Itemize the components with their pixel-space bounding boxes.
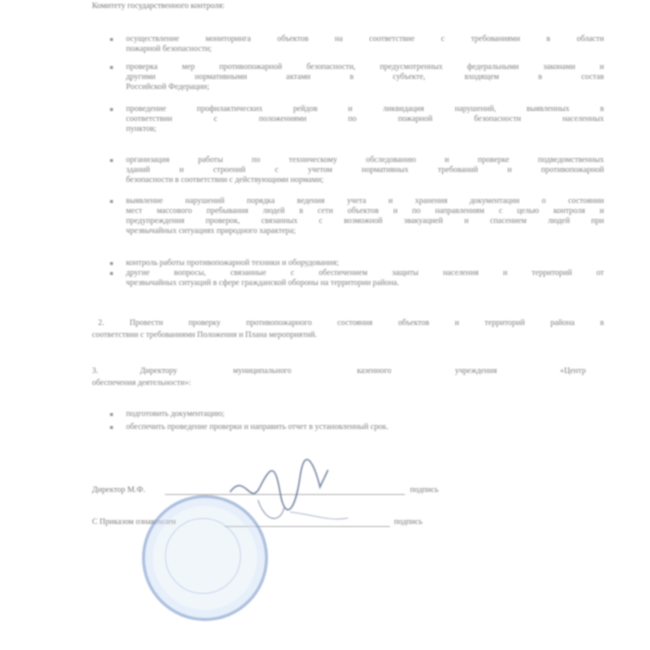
- list-item-line: чрезвычайных ситуаций в сфере гражданско…: [126, 278, 604, 288]
- intro-heading: Комитету государственного контроля:: [92, 1, 352, 11]
- paragraph-line: обеспечения деятельности»:: [92, 378, 191, 388]
- list-item-line: зданий и строений с учетом нормативных т…: [126, 165, 604, 175]
- list-item-line: выявление нарушений порядка ведения учет…: [126, 196, 604, 206]
- list-item-line: проведение профилактических рейдов и лик…: [126, 104, 604, 114]
- bullet-icon: [110, 108, 113, 111]
- paragraph-line: 2. Провести проверку противопожарного со…: [92, 318, 604, 328]
- bullet-icon: [110, 262, 113, 265]
- paragraph-word: казенного: [357, 366, 391, 376]
- paragraph-word: учреждения: [455, 366, 497, 376]
- bullet-icon: [110, 426, 113, 429]
- list-item-line: обеспечить проведение проверки и направи…: [126, 422, 388, 432]
- signature-role-2: подпись: [394, 517, 423, 527]
- list-item-line: соответствии с положениями по пожарной б…: [126, 114, 604, 124]
- list-item-line: осуществление мониторинга объектов на со…: [126, 34, 604, 44]
- signature-name-1: Директор М.Ф.: [92, 485, 145, 495]
- list-item-line: мест массового пребывания людей в сети о…: [126, 206, 604, 216]
- list-item-line: организация работы по техническому обсле…: [126, 155, 604, 165]
- list-item-line: контроль работы противопожарной техники …: [126, 258, 604, 268]
- bullet-icon: [110, 413, 113, 416]
- paragraph-word: «Центр: [560, 366, 586, 376]
- signature-role-1: подпись: [410, 485, 439, 495]
- list-item-line: другими нормативными актами в субъекте, …: [126, 72, 604, 82]
- bullet-icon: [110, 200, 113, 203]
- list-item-line: чрезвычайных ситуациях природного характ…: [126, 226, 604, 236]
- list-item-line: пожарной безопасности;: [126, 44, 604, 54]
- handwritten-signature: [220, 452, 350, 532]
- list-item-line: проверка мер противопожарной безопасност…: [126, 62, 604, 72]
- paragraph-word: Директору: [140, 366, 177, 376]
- bullet-icon: [110, 66, 113, 69]
- paragraph-word: муниципального: [233, 366, 291, 376]
- bullet-icon: [110, 159, 113, 162]
- bullet-icon: [110, 38, 113, 41]
- list-item-line: другие вопросы, связанные с обеспечением…: [126, 268, 604, 278]
- document-page: Комитету государственного контроля: осущ…: [0, 0, 650, 650]
- list-item-line: подготовить документацию;: [126, 409, 225, 419]
- paragraph-number: 3.: [92, 366, 98, 376]
- list-item-line: Российской Федерации;: [126, 82, 604, 92]
- bullet-icon: [110, 272, 113, 275]
- list-item-line: предупреждения проверок, связанных с воз…: [126, 216, 604, 226]
- list-item-line: пунктов;: [126, 124, 604, 134]
- list-item-line: безопасности в соответствии с действующи…: [126, 175, 604, 185]
- paragraph-line: соответствии с требованиями Положения и …: [92, 330, 604, 340]
